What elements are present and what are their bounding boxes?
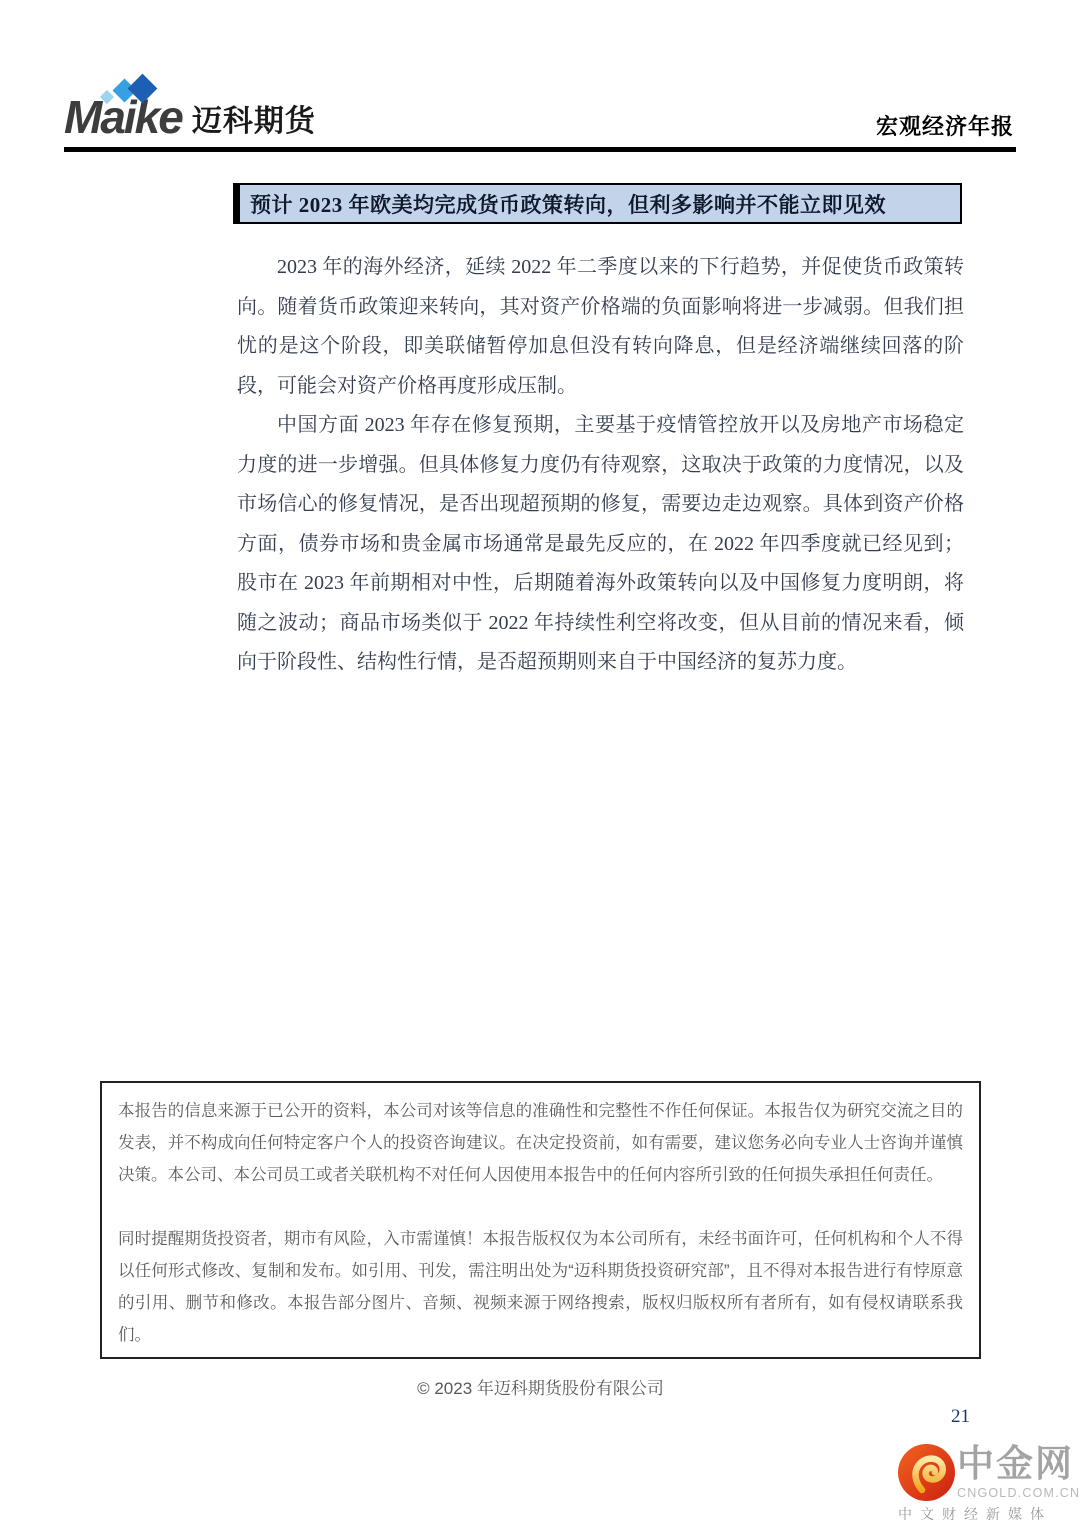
maike-logo: Maike 迈科期货 (64, 72, 316, 140)
disclaimer-box: 本报告的信息来源于已公开的资料，本公司对该等信息的准确性和完整性不作任何保证。本… (100, 1081, 981, 1359)
section-title-bar: 预计 2023 年欧美均完成货币政策转向，但利多影响并不能立即见效 (233, 183, 962, 224)
copyright-line: © 2023 年迈科期货股份有限公司 (118, 1373, 963, 1405)
header-divider (64, 147, 1016, 152)
body-paragraph: 2023 年的海外经济，延续 2022 年二季度以来的下行趋势，并促使货币政策转… (237, 248, 964, 406)
disclaimer-paragraph: 本报告的信息来源于已公开的资料，本公司对该等信息的准确性和完整性不作任何保证。本… (118, 1095, 963, 1191)
cngold-logo-icon (898, 1444, 955, 1501)
watermark-site-name: 中金网 (957, 1446, 1080, 1483)
cngold-watermark: 中金网 CNGOLD.COM.CN 中文财经新媒体 (898, 1444, 1076, 1524)
watermark-domain: CNGOLD.COM.CN (957, 1486, 1080, 1500)
report-page: Maike 迈科期货 宏观经济年报 预计 2023 年欧美均完成货币政策转向，但… (0, 0, 1080, 1527)
report-type-label: 宏观经济年报 (876, 110, 1014, 141)
logo-company-name: 迈科期货 (192, 107, 316, 140)
maike-diamonds-icon (100, 74, 190, 108)
disclaimer-paragraph: 同时提醒期货投资者，期市有风险，入市需谨慎！本报告版权仅为本公司所有，未经书面许… (118, 1223, 963, 1351)
body-paragraph: 中国方面 2023 年存在修复预期，主要基于疫情管控放开以及房地产市场稳定力度的… (237, 406, 964, 683)
page-number: 21 (951, 1406, 970, 1428)
watermark-tagline: 中文财经新媒体 (898, 1504, 1076, 1524)
report-body: 2023 年的海外经济，延续 2022 年二季度以来的下行趋势，并促使货币政策转… (237, 248, 964, 683)
